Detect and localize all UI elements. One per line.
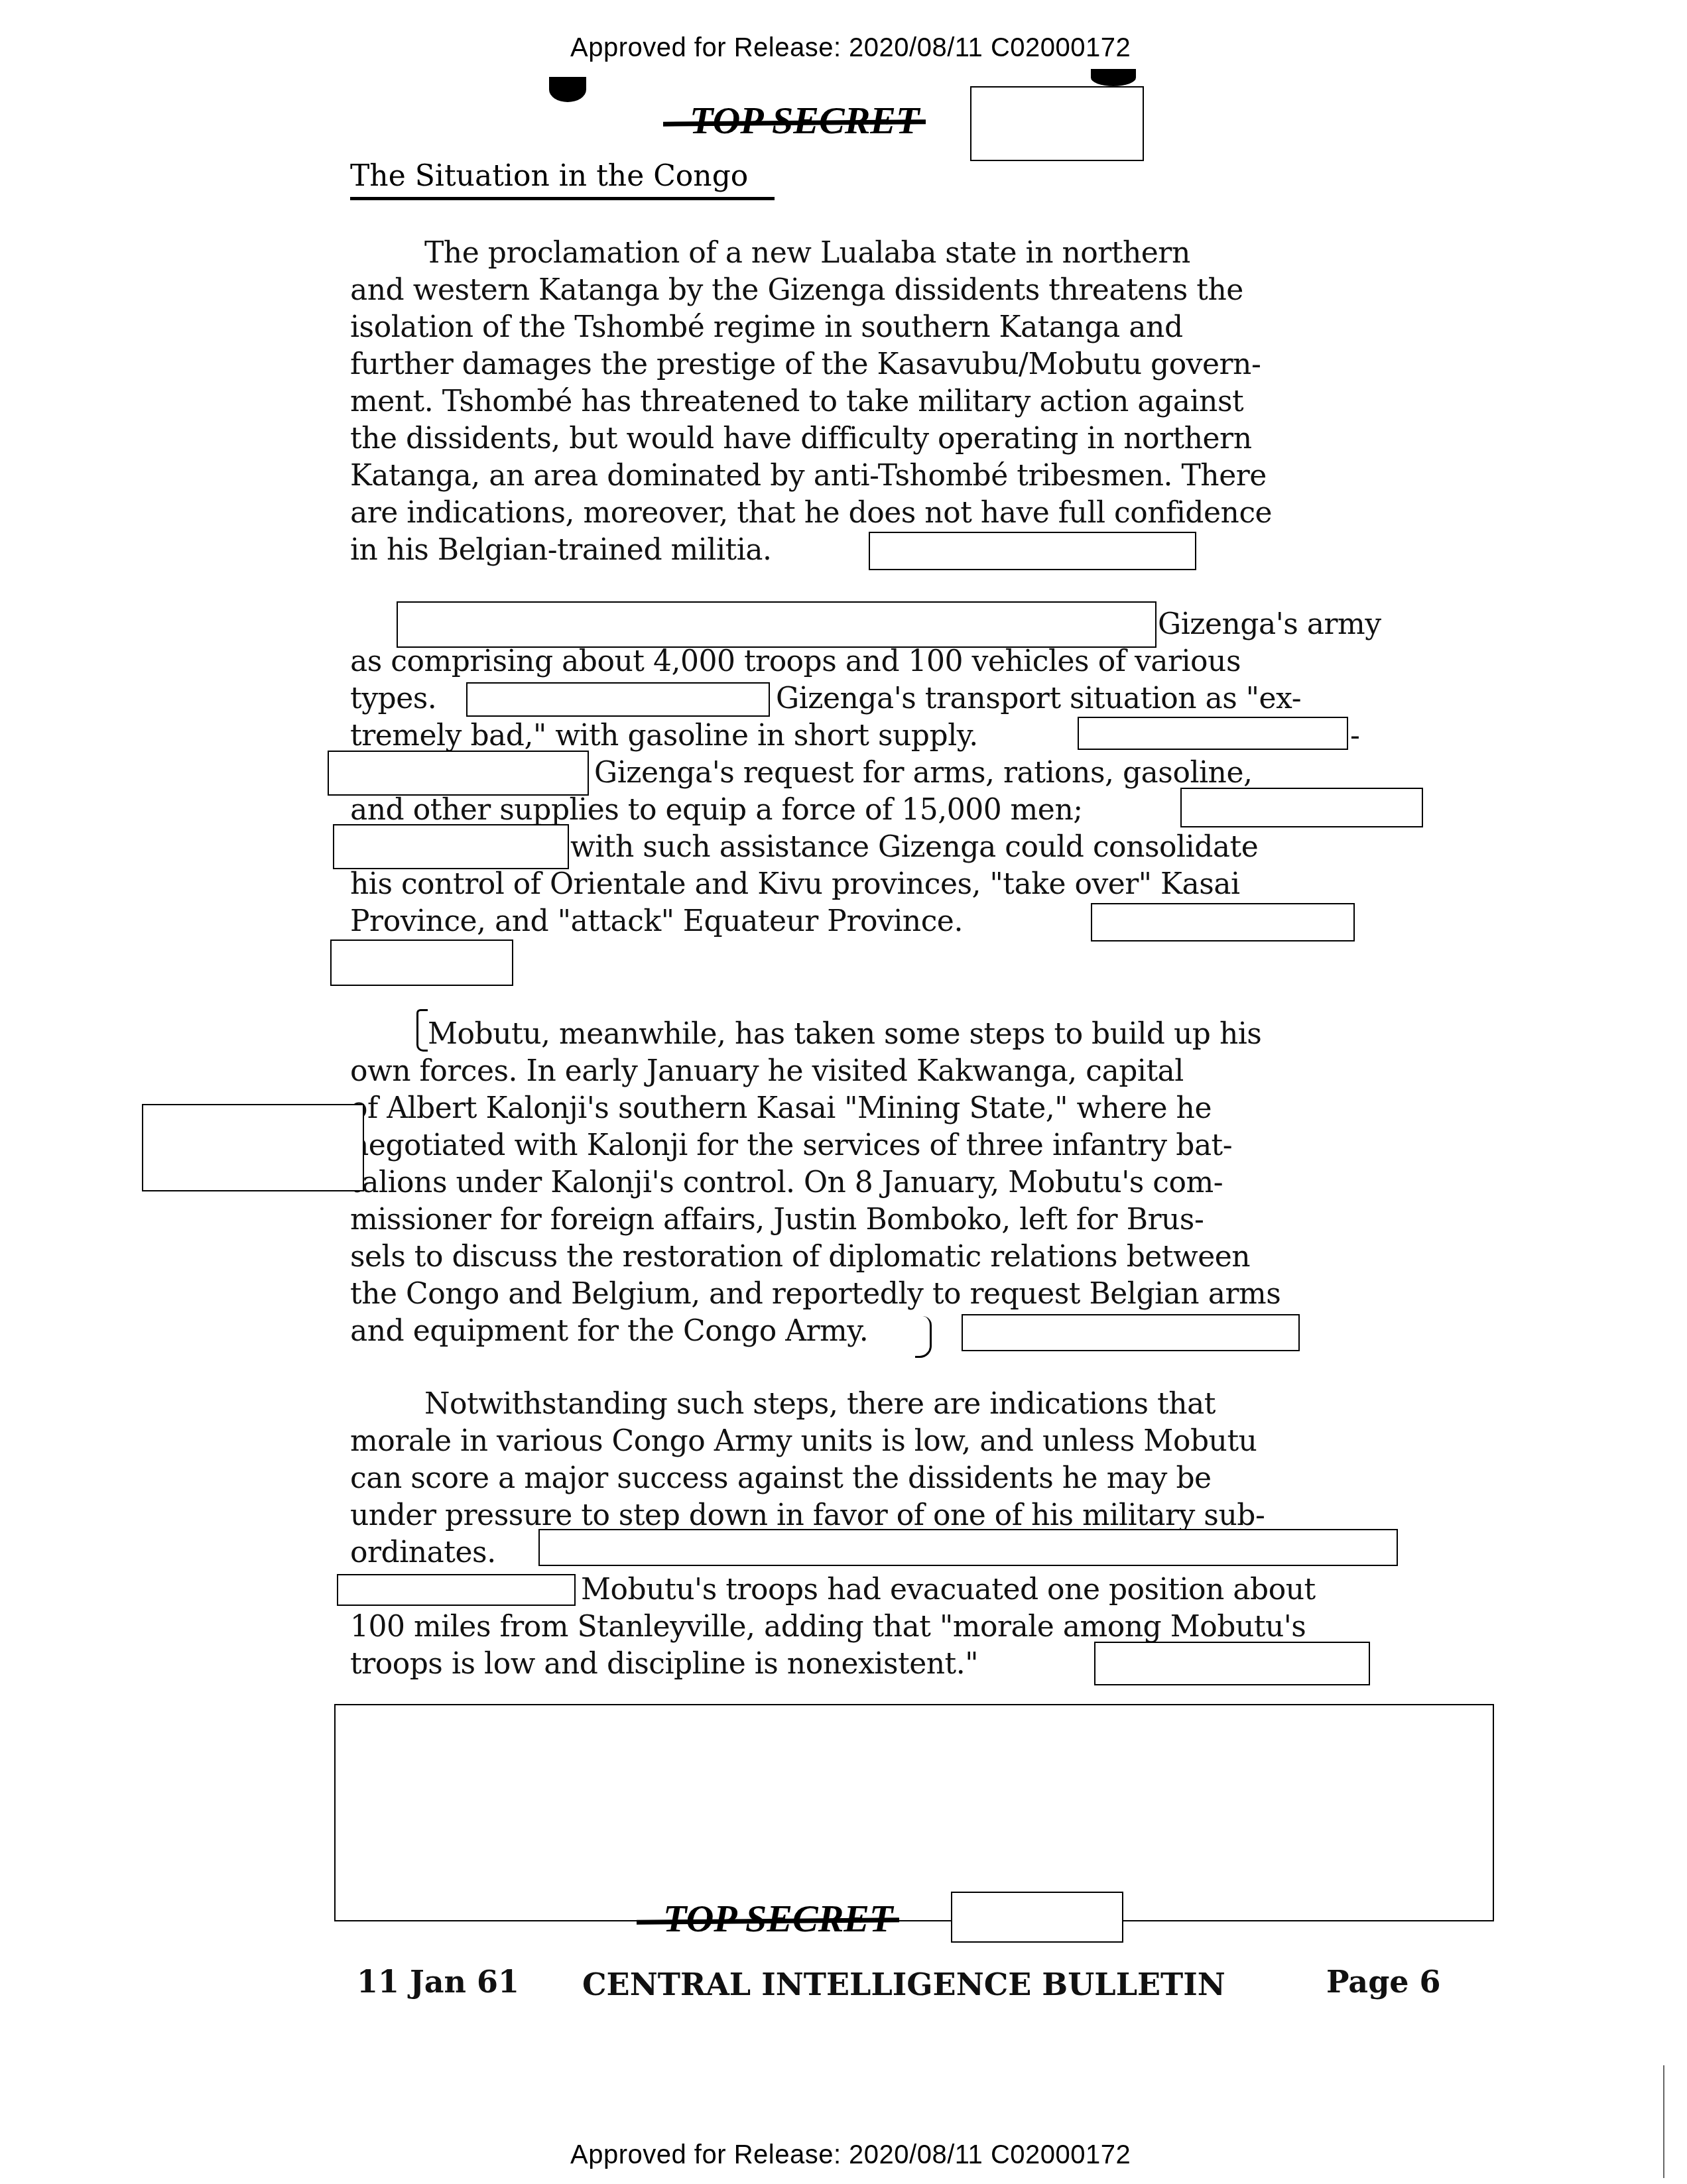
paragraph-3-line: sels to discuss the restoration of diplo… [350, 1239, 1250, 1276]
redaction-box [962, 1314, 1300, 1351]
paragraph-2-line: his control of Orientale and Kivu provin… [350, 866, 1240, 903]
redaction-box [337, 1574, 576, 1606]
classification-bottom: TOP SECRET [663, 1896, 893, 1941]
paragraph-3-line: of Albert Kalonji's southern Kasai "Mini… [350, 1090, 1212, 1127]
title-underline [350, 197, 775, 200]
paragraph-4-line: ordinates. [350, 1534, 496, 1571]
scan-artifact-line [1663, 2065, 1664, 2178]
paragraph-4-line: morale in various Congo Army units is lo… [350, 1423, 1257, 1460]
paragraph-3-line: and equipment for the Congo Army. [350, 1313, 868, 1350]
paragraph-1-line: further damages the prestige of the Kasa… [350, 346, 1261, 383]
paragraph-3-line: own forces. In early January he visited … [350, 1053, 1184, 1090]
paragraph-4-line: 100 miles from Stanleyville, adding that… [350, 1608, 1306, 1646]
paragraph-1-line: in his Belgian-trained militia. [350, 532, 771, 569]
handwritten-bracket-open [416, 1009, 428, 1052]
paragraph-1-line: the dissidents, but would have difficult… [350, 420, 1251, 457]
paragraph-1-line: and western Katanga by the Gizenga dissi… [350, 272, 1243, 309]
paragraph-2-line: types. [350, 680, 436, 717]
footer-page-number: Page 6 [1326, 1964, 1441, 2000]
paragraph-1-line: isolation of the Tshombé regime in south… [350, 309, 1183, 346]
redaction-box [1180, 788, 1423, 827]
footer-date: 11 Jan 61 [357, 1964, 519, 2000]
ink-blot-right [1091, 69, 1136, 86]
paragraph-4-line: can score a major success against the di… [350, 1460, 1212, 1497]
paragraph-4-line: troops is low and discipline is nonexist… [350, 1646, 978, 1683]
paragraph-2-line: Gizenga's army [1158, 606, 1381, 643]
redaction-box [328, 751, 589, 796]
paragraph-2-line: with such assistance Gizenga could conso… [570, 829, 1258, 866]
paragraph-2-line: as comprising about 4,000 troops and 100… [350, 643, 1241, 680]
approval-header: Approved for Release: 2020/08/11 C020001… [570, 33, 1131, 63]
redaction-box-large [334, 1704, 1494, 1921]
redaction-box [466, 682, 770, 717]
paragraph-2-line: - [1350, 717, 1359, 755]
footer-publication: CENTRAL INTELLIGENCE BULLETIN [582, 1967, 1225, 2002]
paragraph-2-line: and other supplies to equip a force of 1… [350, 792, 1083, 829]
redaction-box [1094, 1642, 1370, 1685]
paragraph-2-line: tremely bad," with gasoline in short sup… [350, 717, 978, 755]
paragraph-3-line: negotiated with Kalonji for the services… [350, 1127, 1232, 1164]
paragraph-1-line: Katanga, an area dominated by anti-Tshom… [350, 457, 1267, 495]
paragraph-2-line: Gizenga's transport situation as "ex- [776, 680, 1301, 717]
handwritten-bracket-close [915, 1316, 932, 1358]
redaction-box [538, 1529, 1398, 1566]
paragraph-3-line: missioner for foreign affairs, Justin Bo… [350, 1201, 1204, 1239]
ink-blot-left [549, 77, 586, 102]
redaction-box [1091, 903, 1355, 941]
redaction-box [333, 824, 569, 869]
paragraph-4-line: Notwithstanding such steps, there are in… [424, 1386, 1216, 1423]
paragraph-1-line: The proclamation of a new Lualaba state … [424, 235, 1190, 272]
paragraph-4-line: Mobutu's troops had evacuated one positi… [581, 1571, 1316, 1608]
redaction-box [397, 601, 1156, 648]
paragraph-3-line: talions under Kalonji's control. On 8 Ja… [350, 1164, 1223, 1201]
paragraph-3-line: Mobutu, meanwhile, has taken some steps … [428, 1016, 1261, 1053]
redaction-box [142, 1104, 364, 1191]
redaction-box [1078, 717, 1348, 750]
redaction-box [951, 1892, 1123, 1943]
classification-top: TOP SECRET [690, 98, 919, 143]
paragraph-2-line: Province, and "attack" Equateur Province… [350, 903, 963, 940]
redaction-box [330, 940, 513, 986]
page-title: The Situation in the Congo [350, 159, 748, 193]
redaction-box [869, 532, 1196, 570]
approval-footer: Approved for Release: 2020/08/11 C020001… [570, 2140, 1131, 2170]
paragraph-1-line: are indications, moreover, that he does … [350, 495, 1272, 532]
paragraph-1-line: ment. Tshombé has threatened to take mil… [350, 383, 1243, 420]
paragraph-3-line: the Congo and Belgium, and reportedly to… [350, 1276, 1281, 1313]
paragraph-2-line: Gizenga's request for arms, rations, gas… [594, 755, 1252, 792]
redaction-box [970, 86, 1144, 161]
